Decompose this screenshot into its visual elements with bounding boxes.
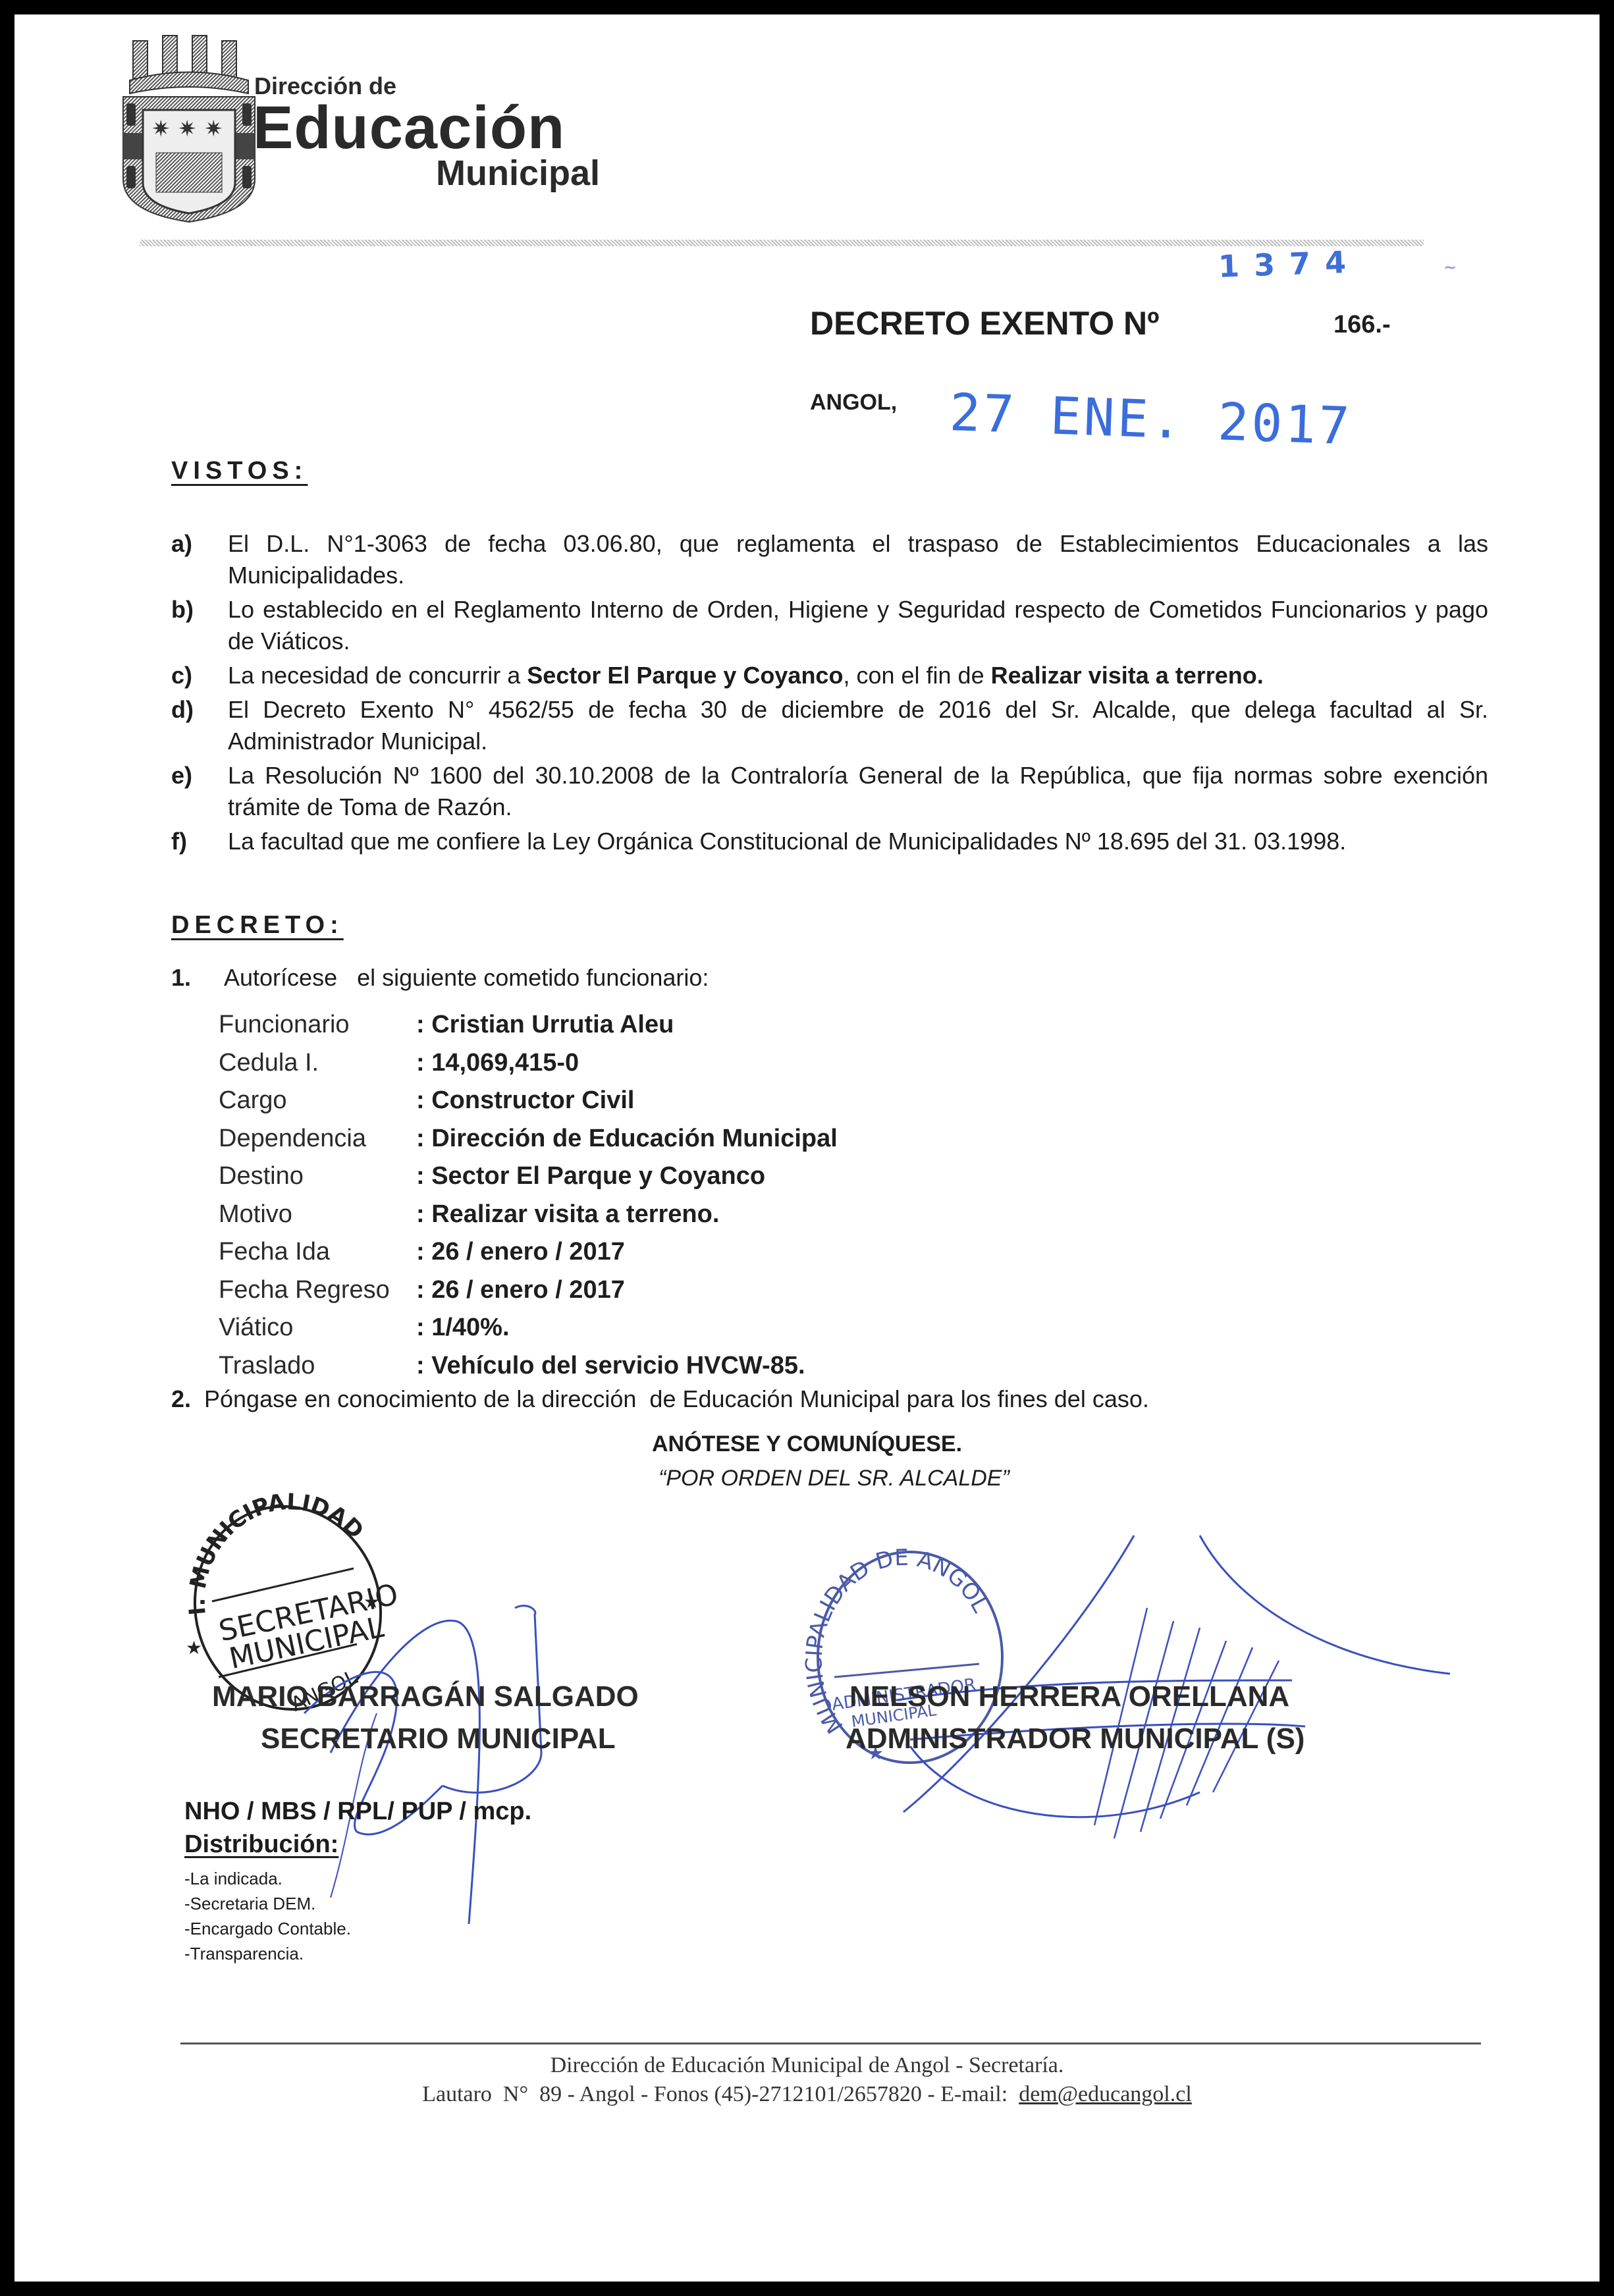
clause-a: a) El D.L. N°1-3063 de fecha 03.06.80, q… xyxy=(171,528,1488,591)
distribution-item: -Secretaria DEM. xyxy=(184,1891,351,1916)
detail-label: Motivo xyxy=(219,1196,416,1234)
footer-line-2: Lautaro N° 89 - Angol - Fonos (45)-27121… xyxy=(14,2082,1600,2107)
detail-label: Funcionario xyxy=(219,1006,416,1044)
clause-f: f) La facultad que me confiere la Ley Or… xyxy=(171,826,1488,857)
clause-letter: e) xyxy=(171,760,228,823)
detail-value: : Realizar visita a terreno. xyxy=(416,1196,719,1234)
detail-value: : 1/40%. xyxy=(416,1309,510,1347)
detail-row: Funcionario: Cristian Urrutia Aleu xyxy=(219,1006,838,1044)
item-text: Póngase en conocimiento de la dirección … xyxy=(204,1385,1149,1412)
clause-text-part: La necesidad de concurrir a xyxy=(228,662,527,689)
handwritten-mark: ~ xyxy=(1443,258,1457,277)
decreto-heading: DECRETO: xyxy=(171,911,344,940)
clause-letter: f) xyxy=(171,826,228,857)
clause-letter: b) xyxy=(171,594,228,657)
signer-secretario-title: SECRETARIO MUNICIPAL xyxy=(261,1722,616,1755)
clause-d: d) El Decreto Exento N° 4562/55 de fecha… xyxy=(171,694,1488,757)
distribution-item: -Transparencia. xyxy=(184,1941,351,1966)
clause-text-part: , con el fin de xyxy=(843,662,990,689)
clause-letter: a) xyxy=(171,528,228,591)
distribution-heading: Distribución: xyxy=(184,1830,338,1859)
svg-text:✷: ✷ xyxy=(151,117,171,142)
decree-title: DECRETO EXENTO Nº xyxy=(810,304,1159,342)
detail-row: Motivo: Realizar visita a terreno. xyxy=(219,1196,838,1234)
detail-value: : 26 / enero / 2017 xyxy=(416,1233,625,1271)
detail-label: Dependencia xyxy=(219,1120,416,1158)
detail-row: Cargo: Constructor Civil xyxy=(219,1082,838,1120)
clause-text: La necesidad de concurrir a Sector El Pa… xyxy=(228,660,1488,691)
svg-text:✷: ✷ xyxy=(204,117,223,142)
footer-line-1: Dirección de Educación Municipal de Ango… xyxy=(14,2053,1600,2078)
vistos-clause-list: a) El D.L. N°1-3063 de fecha 03.06.80, q… xyxy=(171,528,1488,860)
detail-value: : Cristian Urrutia Aleu xyxy=(416,1006,674,1044)
detail-label: Traslado xyxy=(219,1347,416,1385)
decree-number: 166.- xyxy=(1333,311,1391,339)
detail-row: Traslado: Vehículo del servicio HVCW-85. xyxy=(219,1347,838,1385)
municipal-crest-icon: ✷ ✷ ✷ xyxy=(113,28,265,225)
detail-value: : Vehículo del servicio HVCW-85. xyxy=(416,1347,805,1385)
clause-c: c) La necesidad de concurrir a Sector El… xyxy=(171,660,1488,691)
detail-label: Cargo xyxy=(219,1082,416,1120)
header-divider xyxy=(140,240,1424,246)
clause-text: El D.L. N°1-3063 de fecha 03.06.80, que … xyxy=(228,528,1488,591)
svg-text:✷: ✷ xyxy=(178,117,197,142)
signer-administrador-title: ADMINISTRADOR MUNICIPAL (S) xyxy=(846,1722,1305,1755)
handwritten-number: 1374 xyxy=(1218,244,1361,284)
footer-address: Lautaro N° 89 - Angol - Fonos (45)-27121… xyxy=(422,2082,1019,2106)
detail-value: : Sector El Parque y Coyanco xyxy=(416,1158,765,1196)
signer-administrador-name: NELSON HERRERA ORELLANA xyxy=(849,1680,1289,1713)
logo-line-municipal: Municipal xyxy=(436,153,600,194)
clause-letter: d) xyxy=(171,694,228,757)
detail-row: Dependencia: Dirección de Educación Muni… xyxy=(219,1120,838,1158)
date-stamp: 27 ENE. 2017 xyxy=(948,383,1353,456)
purpose-bold: Realizar visita a terreno. xyxy=(991,662,1264,689)
clause-b: b) Lo establecido en el Reglamento Inter… xyxy=(171,594,1488,657)
item-number: 1. xyxy=(171,964,224,992)
detail-value: : Dirección de Educación Municipal xyxy=(416,1120,838,1158)
footer-divider xyxy=(180,2042,1481,2044)
clause-text: La facultad que me confiere la Ley Orgán… xyxy=(228,826,1488,857)
distribution-list: -La indicada. -Secretaria DEM. -Encargad… xyxy=(184,1866,351,1966)
initials: NHO / MBS / RPL/ PUP / mcp. xyxy=(184,1798,531,1826)
detail-label: Cedula I. xyxy=(219,1044,416,1082)
distribution-item: -La indicada. xyxy=(184,1866,351,1891)
footer-email-link[interactable]: dem@educangol.cl xyxy=(1019,2082,1192,2106)
vistos-heading: VISTOS: xyxy=(171,457,308,485)
commission-details: Funcionario: Cristian Urrutia Aleu Cedul… xyxy=(219,1006,838,1385)
clause-text: Lo establecido en el Reglamento Interno … xyxy=(228,594,1488,657)
item-text: Autorícese el siguiente cometido funcion… xyxy=(224,964,709,991)
clause-letter: c) xyxy=(171,660,228,691)
closing-anotese: ANÓTESE Y COMUNÍQUESE. xyxy=(652,1431,962,1457)
detail-label: Destino xyxy=(219,1158,416,1196)
detail-row: Cedula I.: 14,069,415-0 xyxy=(219,1044,838,1082)
detail-label: Fecha Ida xyxy=(219,1233,416,1271)
distribution-item: -Encargado Contable. xyxy=(184,1916,351,1941)
closing-por-orden: “POR ORDEN DEL SR. ALCALDE” xyxy=(659,1466,1009,1491)
decree-place: ANGOL, xyxy=(810,390,897,415)
detail-value: : 26 / enero / 2017 xyxy=(416,1271,625,1310)
detail-label: Fecha Regreso xyxy=(219,1271,416,1310)
clause-e: e) La Resolución Nº 1600 del 30.10.2008 … xyxy=(171,760,1488,823)
detail-value: : 14,069,415-0 xyxy=(416,1044,579,1082)
destination-bold: Sector El Parque y Coyanco xyxy=(527,662,843,689)
detail-row: Fecha Regreso: 26 / enero / 2017 xyxy=(219,1271,838,1310)
decreto-item-1: 1.Autorícese el siguiente cometido funci… xyxy=(171,964,709,992)
detail-label: Viático xyxy=(219,1309,416,1347)
document-page: ✷ ✷ ✷ Dirección de Educación Municipal 1… xyxy=(14,14,1600,2282)
detail-row: Viático: 1/40%. xyxy=(219,1309,838,1347)
detail-row: Destino: Sector El Parque y Coyanco xyxy=(219,1158,838,1196)
detail-row: Fecha Ida: 26 / enero / 2017 xyxy=(219,1233,838,1271)
signer-secretario-name: MARIO BARRAGÁN SALGADO xyxy=(212,1680,639,1713)
clause-text: La Resolución Nº 1600 del 30.10.2008 de … xyxy=(228,760,1488,823)
clause-text: El Decreto Exento N° 4562/55 de fecha 30… xyxy=(228,694,1488,757)
decreto-item-2: 2.Póngase en conocimiento de la direcció… xyxy=(171,1385,1149,1413)
detail-value: : Constructor Civil xyxy=(416,1082,634,1120)
svg-text:★: ★ xyxy=(186,1638,202,1658)
item-number: 2. xyxy=(171,1385,204,1413)
